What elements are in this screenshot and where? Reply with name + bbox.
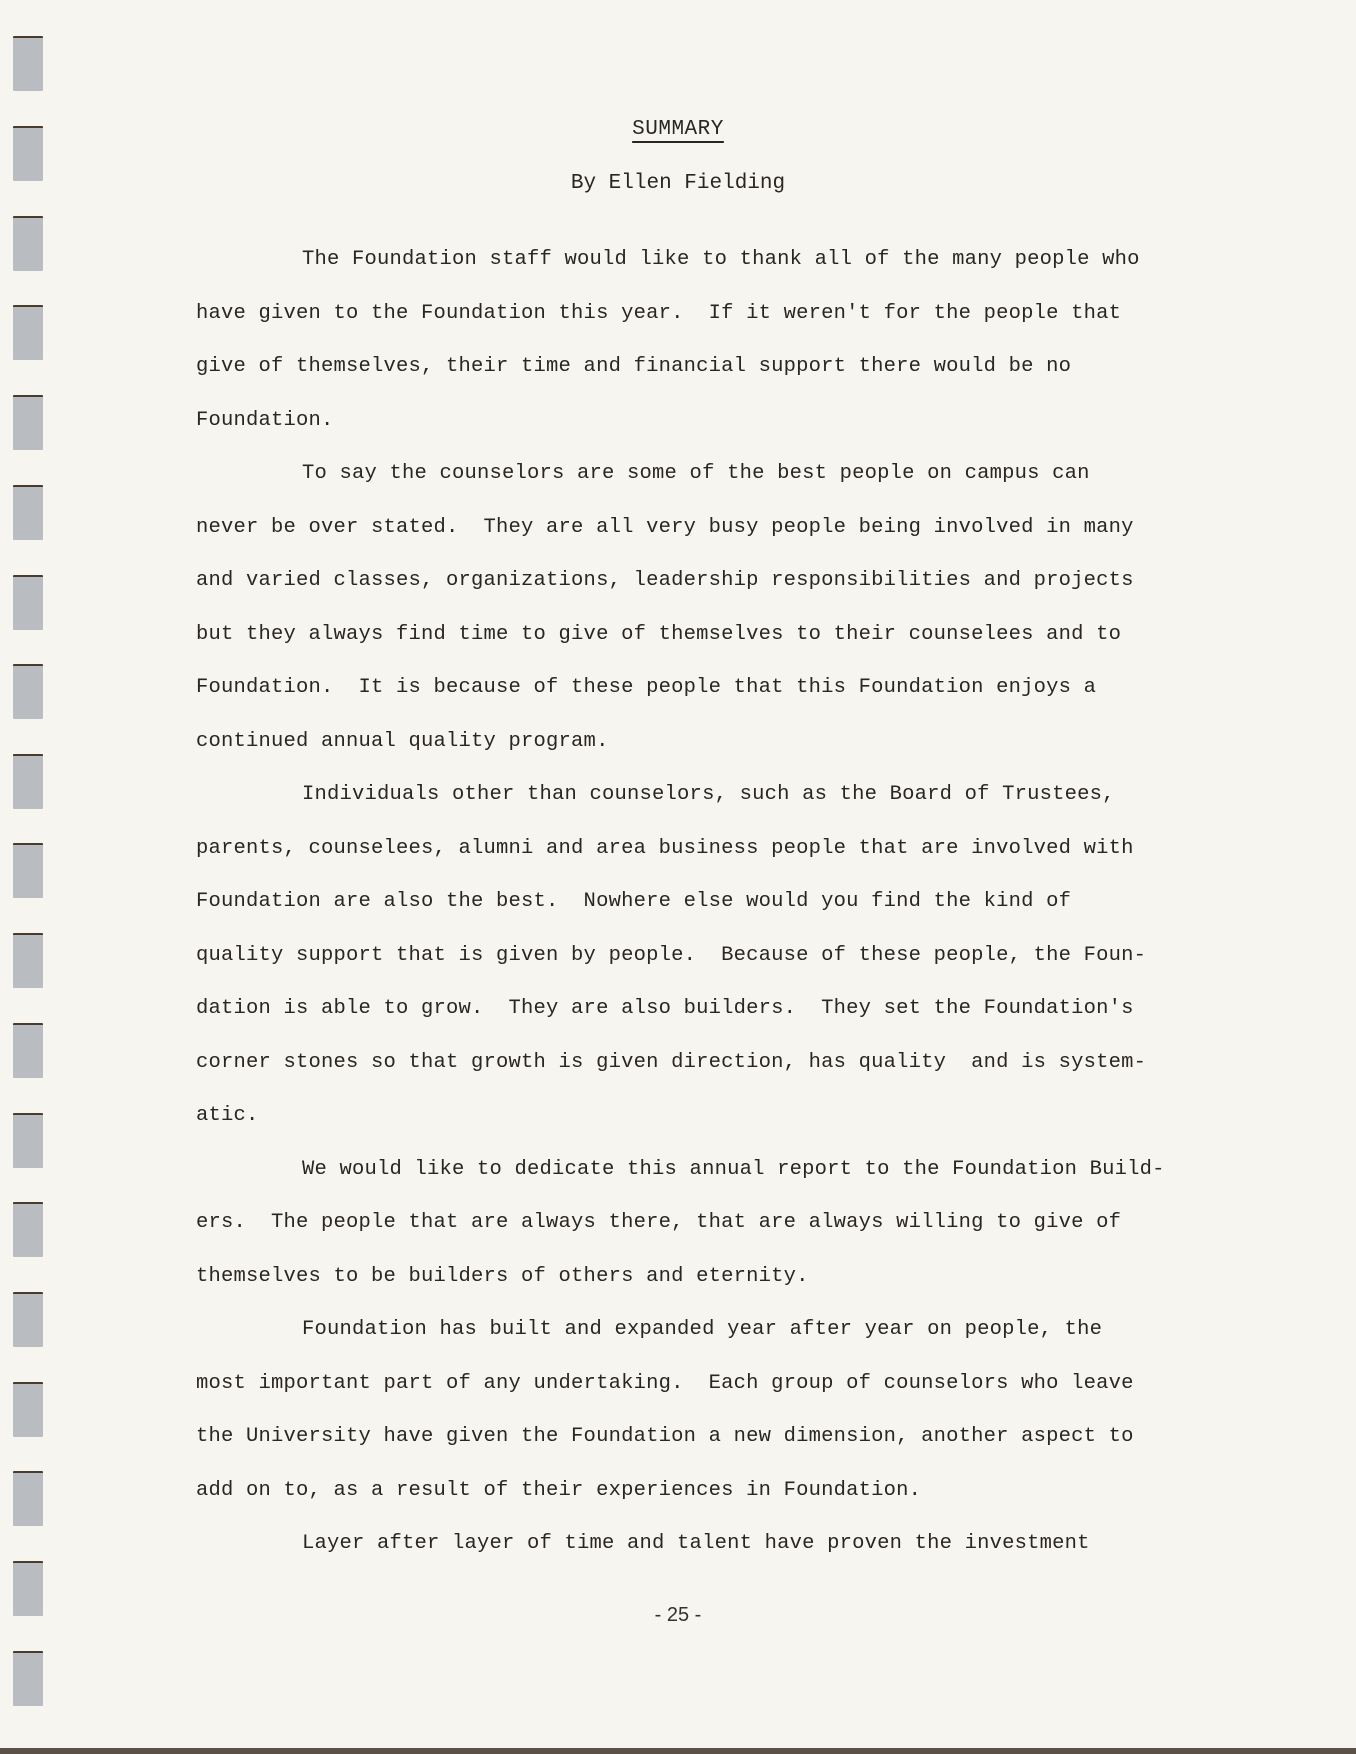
binding-hole — [13, 843, 43, 898]
text-line: corner stones so that growth is given di… — [196, 1053, 1226, 1107]
text-line: the University have given the Foundation… — [196, 1427, 1226, 1481]
text-line: continued annual quality program. — [196, 732, 1226, 786]
text-line: The Foundation staff would like to thank… — [196, 250, 1226, 304]
text-line: We would like to dedicate this annual re… — [196, 1160, 1226, 1214]
binding-hole — [13, 216, 43, 271]
text-line: never be over stated. They are all very … — [196, 518, 1226, 572]
text-line: and varied classes, organizations, leade… — [196, 571, 1226, 625]
text-line: have given to the Foundation this year. … — [196, 304, 1226, 358]
binding-hole — [13, 1292, 43, 1347]
text-line: dation is able to grow. They are also bu… — [196, 999, 1226, 1053]
binding-holes — [0, 0, 60, 1754]
text-line: Individuals other than counselors, such … — [196, 785, 1226, 839]
title-block: SUMMARY — [0, 118, 1356, 141]
text-line: ers. The people that are always there, t… — [196, 1213, 1226, 1267]
text-line: Layer after layer of time and talent hav… — [196, 1534, 1226, 1588]
binding-hole — [13, 1471, 43, 1526]
text-line: but they always find time to give of the… — [196, 625, 1226, 679]
page-bottom-edge — [0, 1748, 1356, 1754]
binding-hole — [13, 664, 43, 719]
text-line: Foundation are also the best. Nowhere el… — [196, 892, 1226, 946]
binding-hole — [13, 1202, 43, 1257]
binding-hole — [13, 36, 43, 91]
text-line: Foundation. — [196, 411, 1226, 465]
text-line: themselves to be builders of others and … — [196, 1267, 1226, 1321]
author-byline: By Ellen Fielding — [0, 172, 1356, 195]
page-number: - 25 - — [0, 1604, 1356, 1627]
text-line: quality support that is given by people.… — [196, 946, 1226, 1000]
text-line: atic. — [196, 1106, 1226, 1160]
binding-hole — [13, 395, 43, 450]
document-page: SUMMARY By Ellen Fielding The Foundation… — [0, 0, 1356, 1754]
binding-hole — [13, 305, 43, 360]
page-title: SUMMARY — [632, 118, 724, 141]
binding-hole — [13, 933, 43, 988]
body-text: The Foundation staff would like to thank… — [196, 250, 1226, 1588]
text-line: Foundation has built and expanded year a… — [196, 1320, 1226, 1374]
text-line: To say the counselors are some of the be… — [196, 464, 1226, 518]
binding-hole — [13, 485, 43, 540]
text-line: most important part of any undertaking. … — [196, 1374, 1226, 1428]
text-line: add on to, as a result of their experien… — [196, 1481, 1226, 1535]
binding-hole — [13, 1651, 43, 1706]
binding-hole — [13, 754, 43, 809]
text-line: give of themselves, their time and finan… — [196, 357, 1226, 411]
binding-hole — [13, 1113, 43, 1168]
text-line: parents, counselees, alumni and area bus… — [196, 839, 1226, 893]
binding-hole — [13, 1382, 43, 1437]
text-line: Foundation. It is because of these peopl… — [196, 678, 1226, 732]
binding-hole — [13, 1023, 43, 1078]
binding-hole — [13, 575, 43, 630]
